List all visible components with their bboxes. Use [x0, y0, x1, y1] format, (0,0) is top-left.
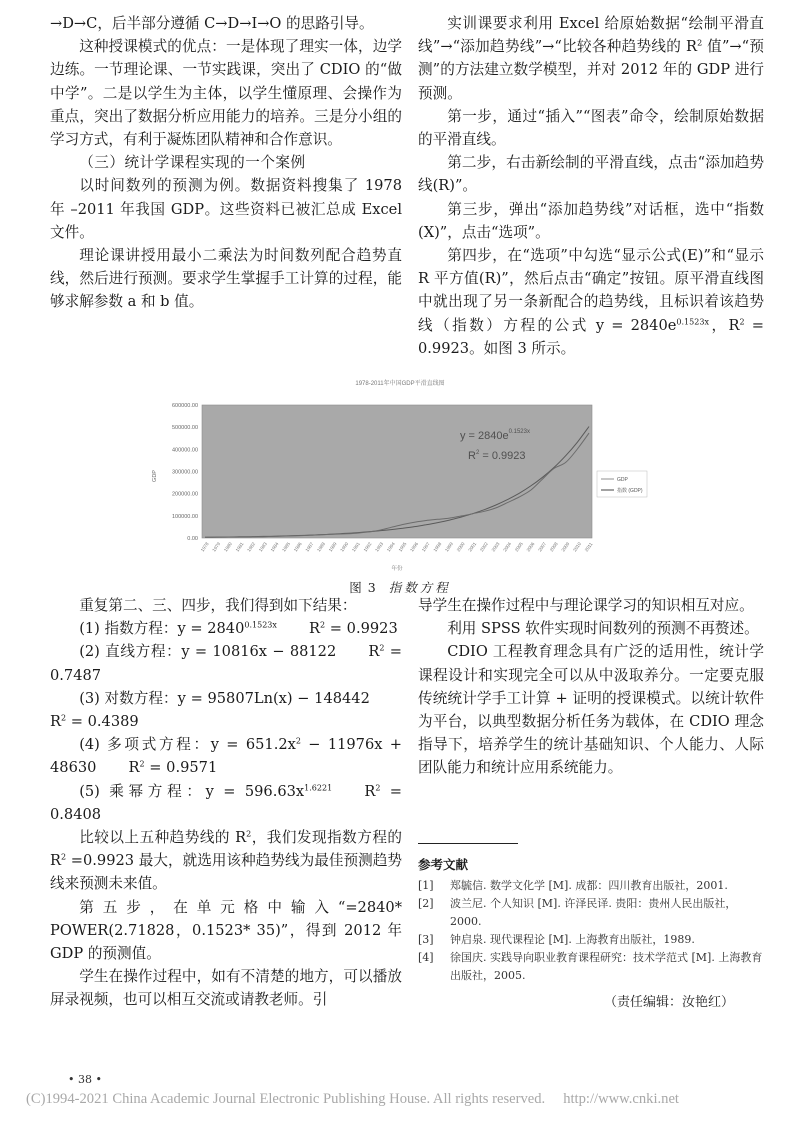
chart-legend: GDP 指数 (GDP): [597, 471, 647, 497]
y-tick-label: 400000.00: [172, 447, 198, 453]
x-axis-ticks: 1978197919801981198219831984198519861987…: [200, 541, 594, 553]
reference-item: [4]徐国庆. 实践导向职业教育课程研究：技术学范式 [M]. 上海教育出版社，…: [418, 949, 764, 985]
right-column-bottom: 导学生在操作过程中与理论课学习的知识相互对应。 利用 SPSS 软件实现时间数列…: [418, 594, 764, 780]
x-tick-label: 1985: [281, 541, 291, 553]
references-divider: [418, 843, 518, 844]
figure-title: 指数方程: [389, 580, 451, 595]
x-tick-label: 1987: [304, 541, 314, 553]
responsible-editor: （责任编辑：汝艳红）: [604, 991, 734, 1010]
section-subheading: （三）统计学课程实现的一个案例: [50, 151, 402, 174]
x-tick-label: 1986: [293, 541, 303, 553]
paragraph: 导学生在操作过程中与理论课学习的知识相互对应。: [418, 594, 764, 617]
x-tick-label: 2005: [514, 541, 524, 553]
paragraph: 学生在操作过程中，如有不清楚的地方，可以播放屏录视频，也可以相互交流或请教老师。…: [50, 965, 402, 1011]
left-column-bottom: 重复第二、三、四步，我们得到如下结果： (1) 指数方程：y = 28400.1…: [50, 594, 402, 1012]
paragraph: 这种授课模式的优点：一是体现了理实一体，边学边练。一节理论课、一节实践课，突出了…: [50, 35, 402, 151]
figure-chart: 1978-2011年中国GDP平滑直线图 0.00100000.00200000…: [140, 376, 660, 576]
reference-item: [2]波兰尼. 个人知识 [M]. 许泽民译. 贵阳：贵州人民出版社，2000.: [418, 895, 764, 931]
paragraph: 第一步，通过“插入”“图表”命令，绘制原始数据的平滑直线。: [418, 105, 764, 151]
paragraph: →D→C，后半部分遵循 C→D→I→O 的思路引导。: [50, 12, 402, 35]
copyright-footer: (C)1994-2021 China Academic Journal Elec…: [26, 1091, 786, 1108]
y-tick-label: 300000.00: [172, 470, 198, 476]
y-tick-label: 600000.00: [172, 403, 198, 409]
page-number: • 38 •: [68, 1073, 102, 1086]
x-tick-label: 1979: [211, 541, 221, 553]
equation-power: (5) 乘幂方程：y = 596.63x1.6221R2 = 0.8408: [50, 780, 402, 826]
y-tick-label: 0.00: [187, 536, 198, 542]
legend-trend: 指数 (GDP): [617, 487, 643, 494]
x-tick-label: 1993: [374, 541, 384, 553]
x-tick-label: 1989: [328, 541, 338, 553]
paragraph: 第五步，在单元格中输入“=2840* POWER(2.71828，0.1523*…: [50, 896, 402, 966]
chart-title: 1978-2011年中国GDP平滑直线图: [140, 378, 660, 387]
y-tick-label: 200000.00: [172, 492, 198, 498]
x-tick-label: 1981: [235, 541, 245, 553]
paragraph: 利用 SPSS 软件实现时间数列的预测不再赘述。: [418, 617, 764, 640]
x-tick-label: 2002: [479, 541, 489, 553]
equation-polynomial: (4) 多项式方程：y = 651.2x2 − 11976x + 48630R2…: [50, 733, 402, 779]
x-tick-label: 2004: [502, 541, 512, 553]
legend-gdp: GDP: [617, 477, 629, 483]
equation-logarithmic: (3) 对数方程：y = 95807Ln(x) − 148442R2 = 0.4…: [50, 687, 402, 733]
copyright-text: (C)1994-2021 China Academic Journal Elec…: [26, 1091, 545, 1107]
equation-exponential: (1) 指数方程：y = 28400.1523xR2 = 0.9923: [50, 617, 402, 640]
y-axis-ticks: 0.00100000.00200000.00300000.00400000.00…: [172, 403, 198, 542]
plot-area: [202, 405, 592, 538]
paragraph: 第四步，在“选项”中勾选“显示公式(E)”和“显示 R 平方值(R)”，然后点击…: [418, 244, 764, 360]
x-tick-label: 2008: [549, 541, 559, 553]
x-tick-label: 2007: [537, 541, 547, 553]
x-tick-label: 1995: [398, 541, 408, 553]
x-tick-label: 1984: [270, 541, 280, 553]
x-tick-label: 1994: [386, 541, 396, 553]
x-tick-label: 2000: [456, 541, 466, 553]
x-axis-label: 年份: [391, 564, 403, 572]
x-tick-label: 2003: [491, 541, 501, 553]
right-column-top: 实训课要求利用 Excel 给原始数据“绘制平滑直线”→“添加趋势线”→“比较各…: [418, 12, 764, 360]
x-tick-label: 1983: [258, 541, 268, 553]
paragraph: 第二步，右击新绘制的平滑直线，点击“添加趋势线(R)”。: [418, 151, 764, 197]
left-column-top: →D→C，后半部分遵循 C→D→I→O 的思路引导。 这种授课模式的优点：一是体…: [50, 12, 402, 314]
paragraph: 比较以上五种趋势线的 R2，我们发现指数方程的 R2 =0.9923 最大，就选…: [50, 826, 402, 896]
x-tick-label: 1999: [444, 541, 454, 553]
paragraph: 重复第二、三、四步，我们得到如下结果：: [50, 594, 402, 617]
x-tick-label: 1990: [339, 541, 349, 553]
paragraph: CDIO 工程教育理念具有广泛的适用性，统计学课程设计和实现完全可以从中汲取养分…: [418, 640, 764, 779]
footer-url[interactable]: http://www.cnki.net: [563, 1091, 679, 1107]
y-axis-label: GDP: [152, 470, 158, 482]
references-list: [1]郑毓信. 数学文化学 [M]. 成都：四川教育出版社，2001. [2]波…: [418, 877, 764, 985]
line-chart: 0.00100000.00200000.00300000.00400000.00…: [140, 376, 660, 576]
x-tick-label: 1988: [316, 541, 326, 553]
x-tick-label: 1998: [432, 541, 442, 553]
y-tick-label: 100000.00: [172, 514, 198, 520]
x-tick-label: 2010: [572, 541, 582, 553]
paragraph: 理论课讲授用最小二乘法为时间数列配合趋势直线，然后进行预测。要求学生掌握手工计算…: [50, 244, 402, 314]
reference-item: [3]钟启泉. 现代课程论 [M]. 上海教育出版社，1989.: [418, 931, 764, 949]
x-tick-label: 1978: [200, 541, 210, 553]
references-heading: 参考文献: [418, 855, 468, 873]
figure-label: 图 3: [349, 580, 376, 595]
paragraph: 以时间数列的预测为例。数据资料搜集了 1978 年 –2011 年我国 GDP。…: [50, 174, 402, 244]
x-tick-label: 1996: [409, 541, 419, 553]
x-tick-label: 2011: [584, 541, 594, 552]
x-tick-label: 1980: [223, 541, 233, 553]
x-tick-label: 2009: [560, 541, 570, 553]
reference-item: [1]郑毓信. 数学文化学 [M]. 成都：四川教育出版社，2001.: [418, 877, 764, 895]
x-tick-label: 2001: [467, 541, 477, 553]
x-tick-label: 1992: [363, 541, 373, 553]
y-tick-label: 500000.00: [172, 425, 198, 431]
x-tick-label: 1982: [246, 541, 256, 553]
paragraph: 实训课要求利用 Excel 给原始数据“绘制平滑直线”→“添加趋势线”→“比较各…: [418, 12, 764, 105]
x-tick-label: 2006: [526, 541, 536, 553]
x-tick-label: 1991: [351, 541, 361, 553]
equation-linear: (2) 直线方程：y = 10816x − 88122R2 = 0.7487: [50, 640, 402, 686]
x-tick-label: 1997: [421, 541, 431, 553]
paragraph: 第三步，弹出“添加趋势线”对话框，选中“指数(X)”，点击“选项”。: [418, 198, 764, 244]
